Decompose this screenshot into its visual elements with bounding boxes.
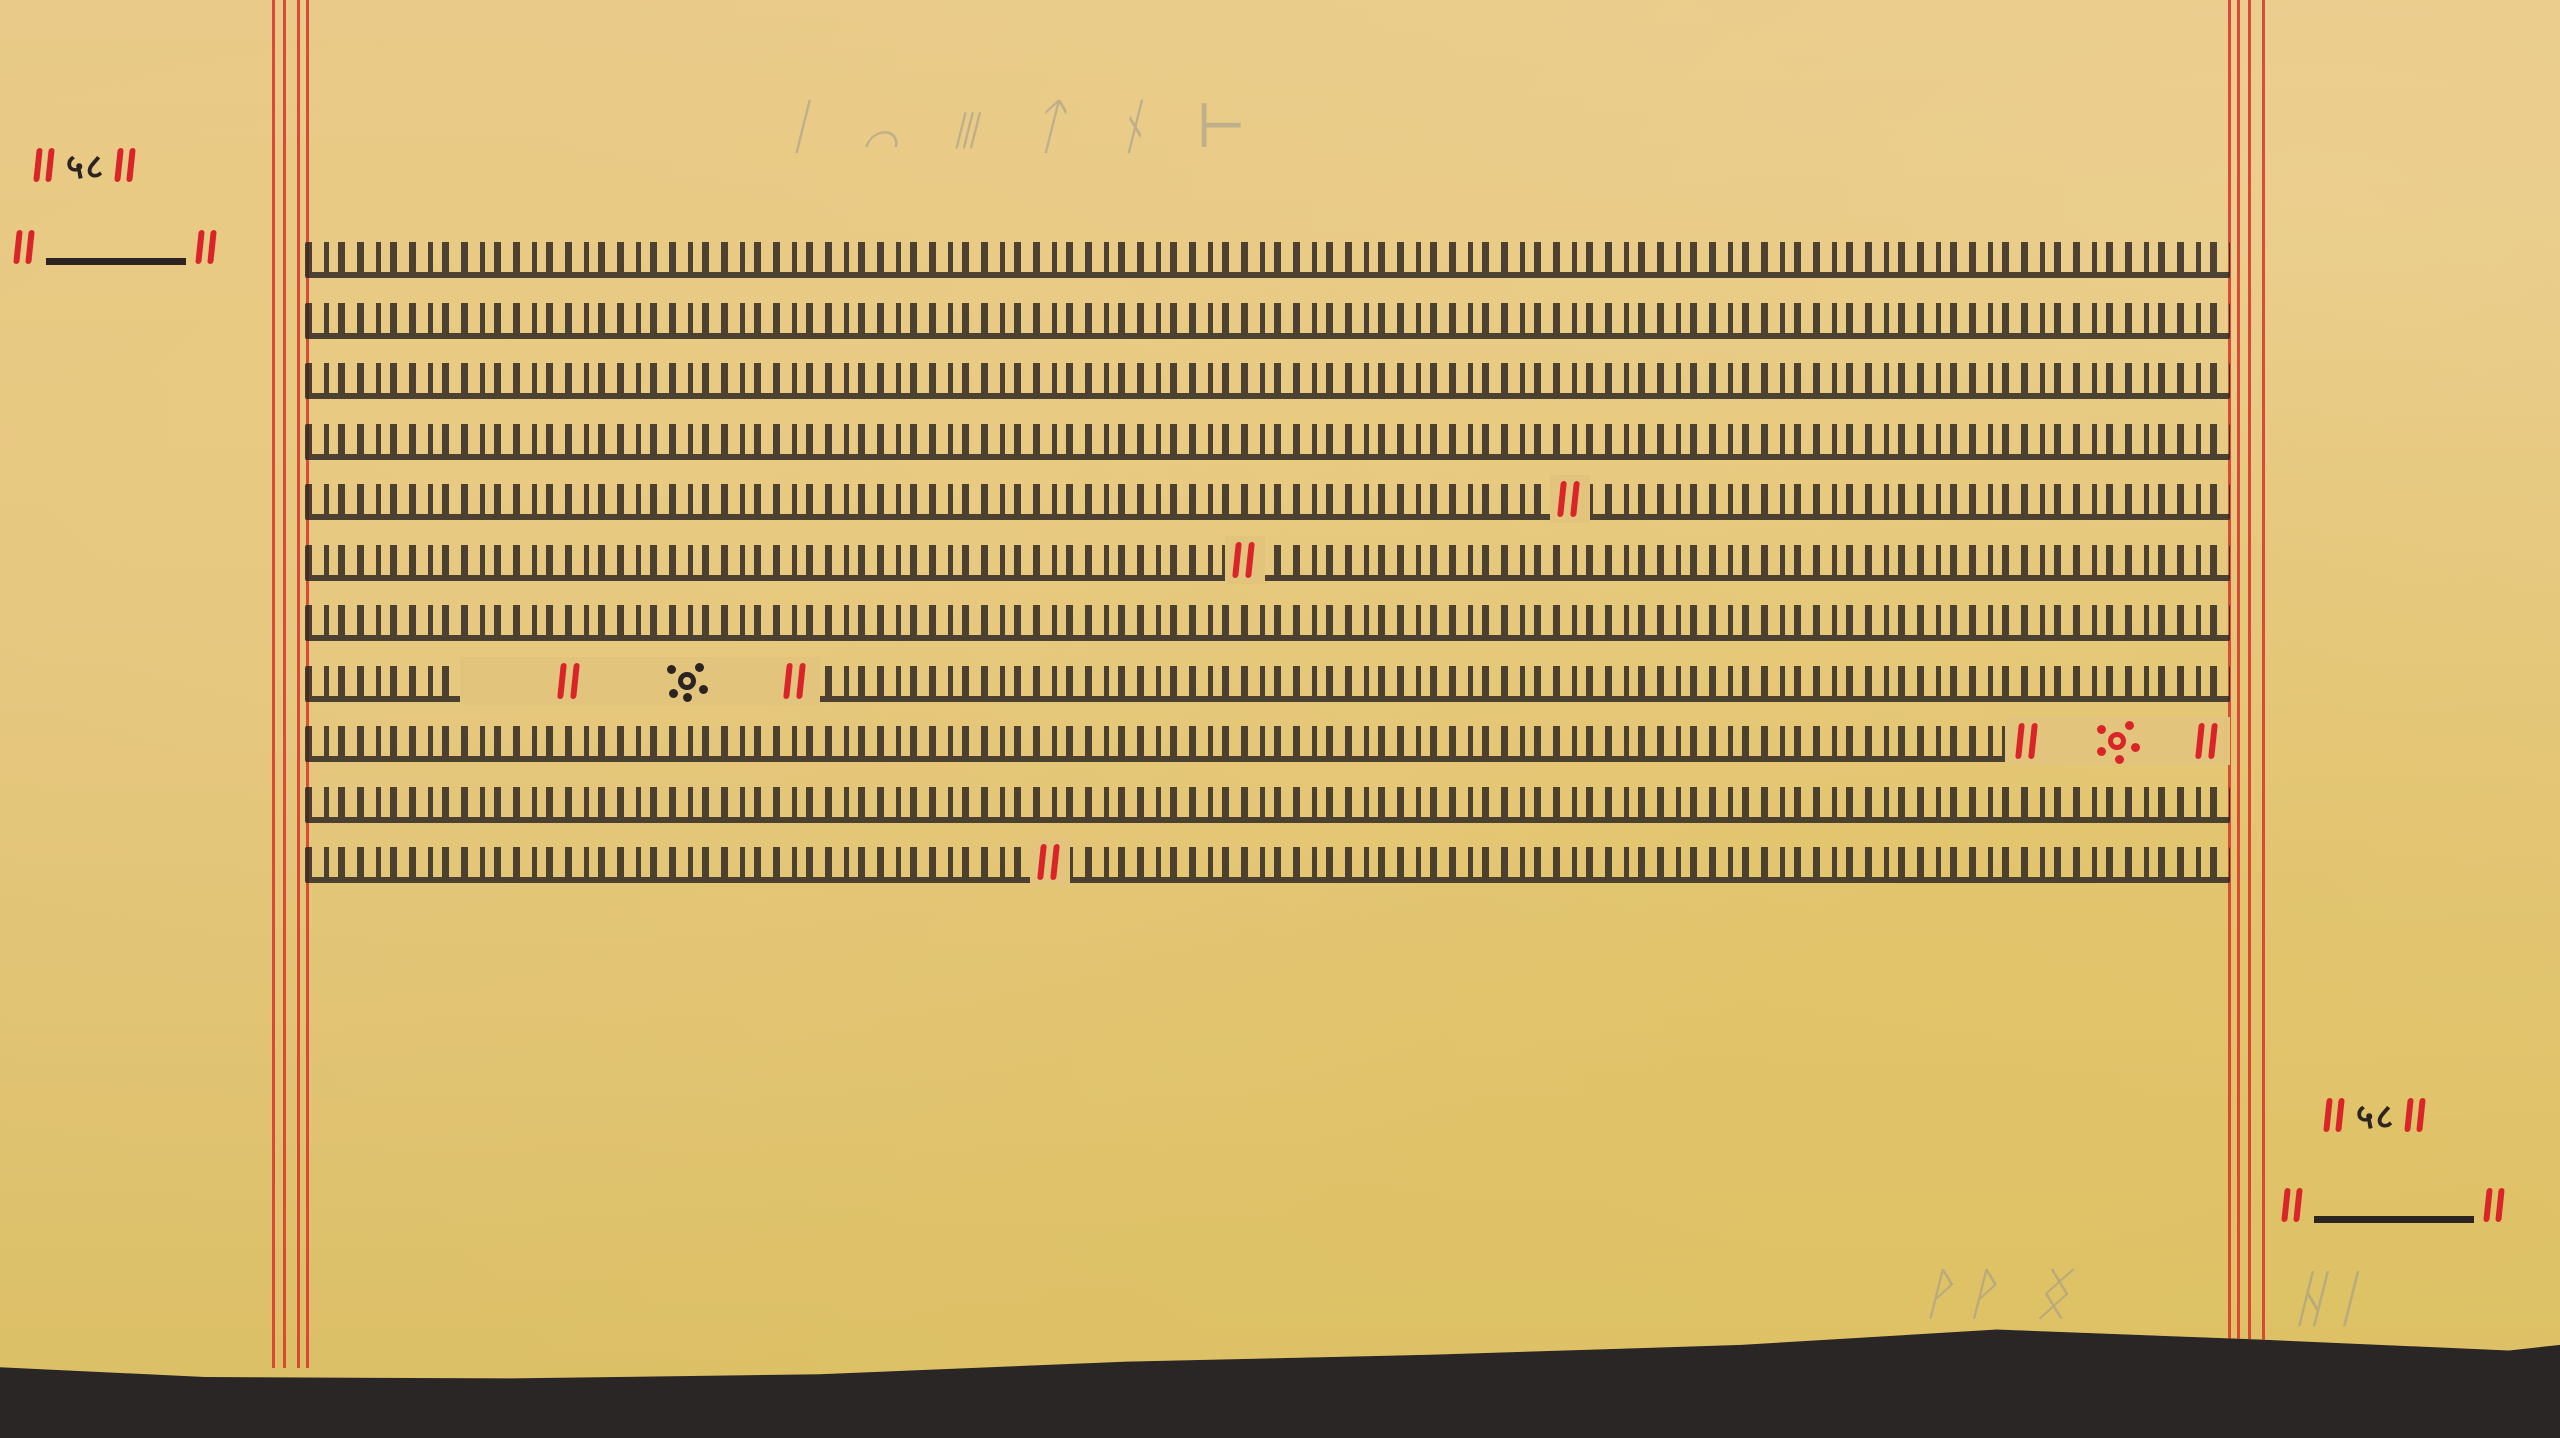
text-line-9: [305, 709, 2230, 770]
manuscript-text-block: [305, 225, 2230, 891]
section-title-glyph: [2314, 1186, 2474, 1223]
ruling-line-right: [2262, 0, 2265, 1352]
section-title-glyph: [46, 228, 186, 265]
danda-mark: [14, 230, 36, 264]
text-line-5: [305, 467, 2230, 528]
ruling-line-left: [272, 0, 275, 1368]
text-line-2: [305, 286, 2230, 347]
right-margin-folio-number: ५८: [2324, 1092, 2427, 1138]
ruling-line-left: [297, 0, 300, 1368]
text-line-7: [305, 588, 2230, 649]
red-danda: [1557, 481, 1583, 519]
ruling-line-right: [2237, 0, 2240, 1352]
text-line-8: [305, 649, 2230, 710]
danda-mark: [2484, 1188, 2506, 1222]
left-margin-section-title: [14, 228, 218, 265]
right-margin-section-title: [2282, 1186, 2506, 1223]
red-danda: [1037, 844, 1063, 882]
left-margin-folio-number: ५८: [34, 142, 137, 188]
text-line-10: [305, 770, 2230, 831]
pencil-annotation-bottom-left: ᚹᚹ ᛝ: [1920, 1262, 2079, 1327]
text-line-3: [305, 346, 2230, 407]
danda-mark: [34, 148, 56, 182]
text-line-11: [305, 830, 2230, 891]
ruling-line-left: [283, 0, 286, 1368]
black-rosette-ornament: [665, 659, 709, 703]
red-danda: [783, 663, 809, 701]
danda-mark: [2282, 1188, 2304, 1222]
pencil-annotation-top: ᛁ ⌒ ⦀ ᛏ ᚾ ⊢: [780, 92, 1261, 162]
red-danda: [2015, 723, 2041, 761]
pencil-annotation-bottom-right: ᚺᛁ: [2290, 1262, 2364, 1335]
folio-number-glyph: ५८: [2356, 1092, 2395, 1138]
red-danda: [557, 663, 583, 701]
text-line-1: [305, 225, 2230, 286]
manuscript-folio: ५८ ५८ ᛁ ⌒ ⦀ ᛏ ᚾ ⊢ ᚹᚹ ᛝ ᚺᛁ: [0, 0, 2560, 1398]
danda-mark: [196, 230, 218, 264]
text-line-4: [305, 407, 2230, 468]
danda-mark: [2405, 1098, 2427, 1132]
danda-mark: [2324, 1098, 2346, 1132]
red-rosette-ornament: [2095, 719, 2139, 763]
red-danda: [1232, 542, 1258, 580]
text-line-6: [305, 528, 2230, 589]
danda-mark: [115, 148, 137, 182]
red-danda: [2195, 723, 2221, 761]
ruling-line-right: [2248, 0, 2251, 1352]
folio-number-glyph: ५८: [66, 142, 105, 188]
